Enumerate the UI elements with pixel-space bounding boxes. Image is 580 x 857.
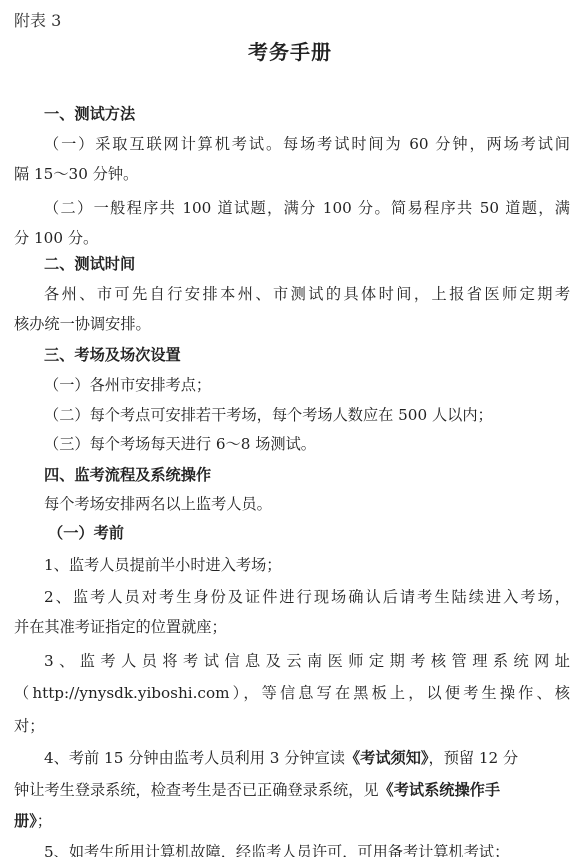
emphasized-doc-title: 册》 bbox=[14, 812, 37, 830]
paragraph-line: 并在其准考证指定的位置就座； bbox=[14, 617, 570, 637]
appendix-label: 附表 3 bbox=[14, 8, 61, 31]
list-item: 5、如考生所用计算机故障，经监考人员许可，可用备考计算机考试； bbox=[44, 842, 580, 857]
text-segment: 钟让考生登录系统，检查考生是否已正确登录系统，见 bbox=[14, 781, 379, 799]
text-segment: 4、考前 15 分钟由监考人员利用 3 分钟宣读 bbox=[44, 749, 345, 767]
section-heading-test-time: 二、测试时间 bbox=[44, 254, 580, 274]
list-item: 4、考前 15 分钟由监考人员利用 3 分钟宣读《考试须知》，预留 12 分 bbox=[44, 748, 570, 768]
list-item: （三）每个考场每天进行 6～8 场测试。 bbox=[44, 434, 580, 454]
emphasized-doc-title: 《考试须知》 bbox=[345, 749, 429, 767]
section-heading-venue-setup: 三、考场及场次设置 bbox=[44, 345, 580, 365]
emphasized-doc-title: 《考试系统操作手 bbox=[379, 781, 501, 799]
section-heading-proctoring: 四、监考流程及系统操作 bbox=[44, 465, 580, 485]
text-segment: ，预留 12 分 bbox=[429, 749, 519, 767]
section-heading-test-method: 一、测试方法 bbox=[44, 104, 580, 124]
document-page: 附表 3 考务手册 一、测试方法 （一）采取互联网计算机考试。每场考试时间为 6… bbox=[0, 0, 580, 857]
paragraph-line: 钟让考生登录系统，检查考生是否已正确登录系统，见《考试系统操作手 bbox=[14, 780, 570, 800]
paragraph-line: 对； bbox=[14, 716, 570, 736]
paragraph-line: 隔 15～30 分钟。 bbox=[14, 164, 570, 184]
paragraph-line: （一）采取互联网计算机考试。每场考试时间为 60 分钟，两场考试间 bbox=[44, 134, 570, 154]
paragraph-line: （http://ynysdk.yiboshi.com），等信息写在黑板上，以便考… bbox=[14, 683, 570, 703]
paragraph-line: （二）一般程序共 100 道试题，满分 100 分。简易程序共 50 道题，满 bbox=[44, 198, 570, 218]
paragraph-line: 核办统一协调安排。 bbox=[14, 314, 570, 334]
document-title: 考务手册 bbox=[0, 36, 580, 65]
list-item: 1、监考人员提前半小时进入考场； bbox=[44, 555, 580, 575]
list-item: （一）各州市安排考点； bbox=[44, 375, 580, 395]
paragraph-line: 分 100 分。 bbox=[14, 228, 570, 248]
text-segment: ； bbox=[37, 812, 52, 830]
paragraph-line: 各州、市可先自行安排本州、市测试的具体时间，上报省医师定期考 bbox=[44, 284, 570, 304]
paragraph-line: 每个考场安排两名以上监考人员。 bbox=[44, 494, 580, 514]
list-item: 2、监考人员对考生身份及证件进行现场确认后请考生陆续进入考场， bbox=[44, 587, 570, 607]
sub-heading-before-exam: （一）考前 bbox=[48, 523, 580, 543]
paragraph-line: 册》； bbox=[14, 811, 570, 831]
list-item: 3、监考人员将考试信息及云南医师定期考核管理系统网址 bbox=[44, 651, 570, 671]
list-item: （二）每个考点可安排若干考场，每个考场人数应在 500 人以内； bbox=[44, 405, 580, 425]
